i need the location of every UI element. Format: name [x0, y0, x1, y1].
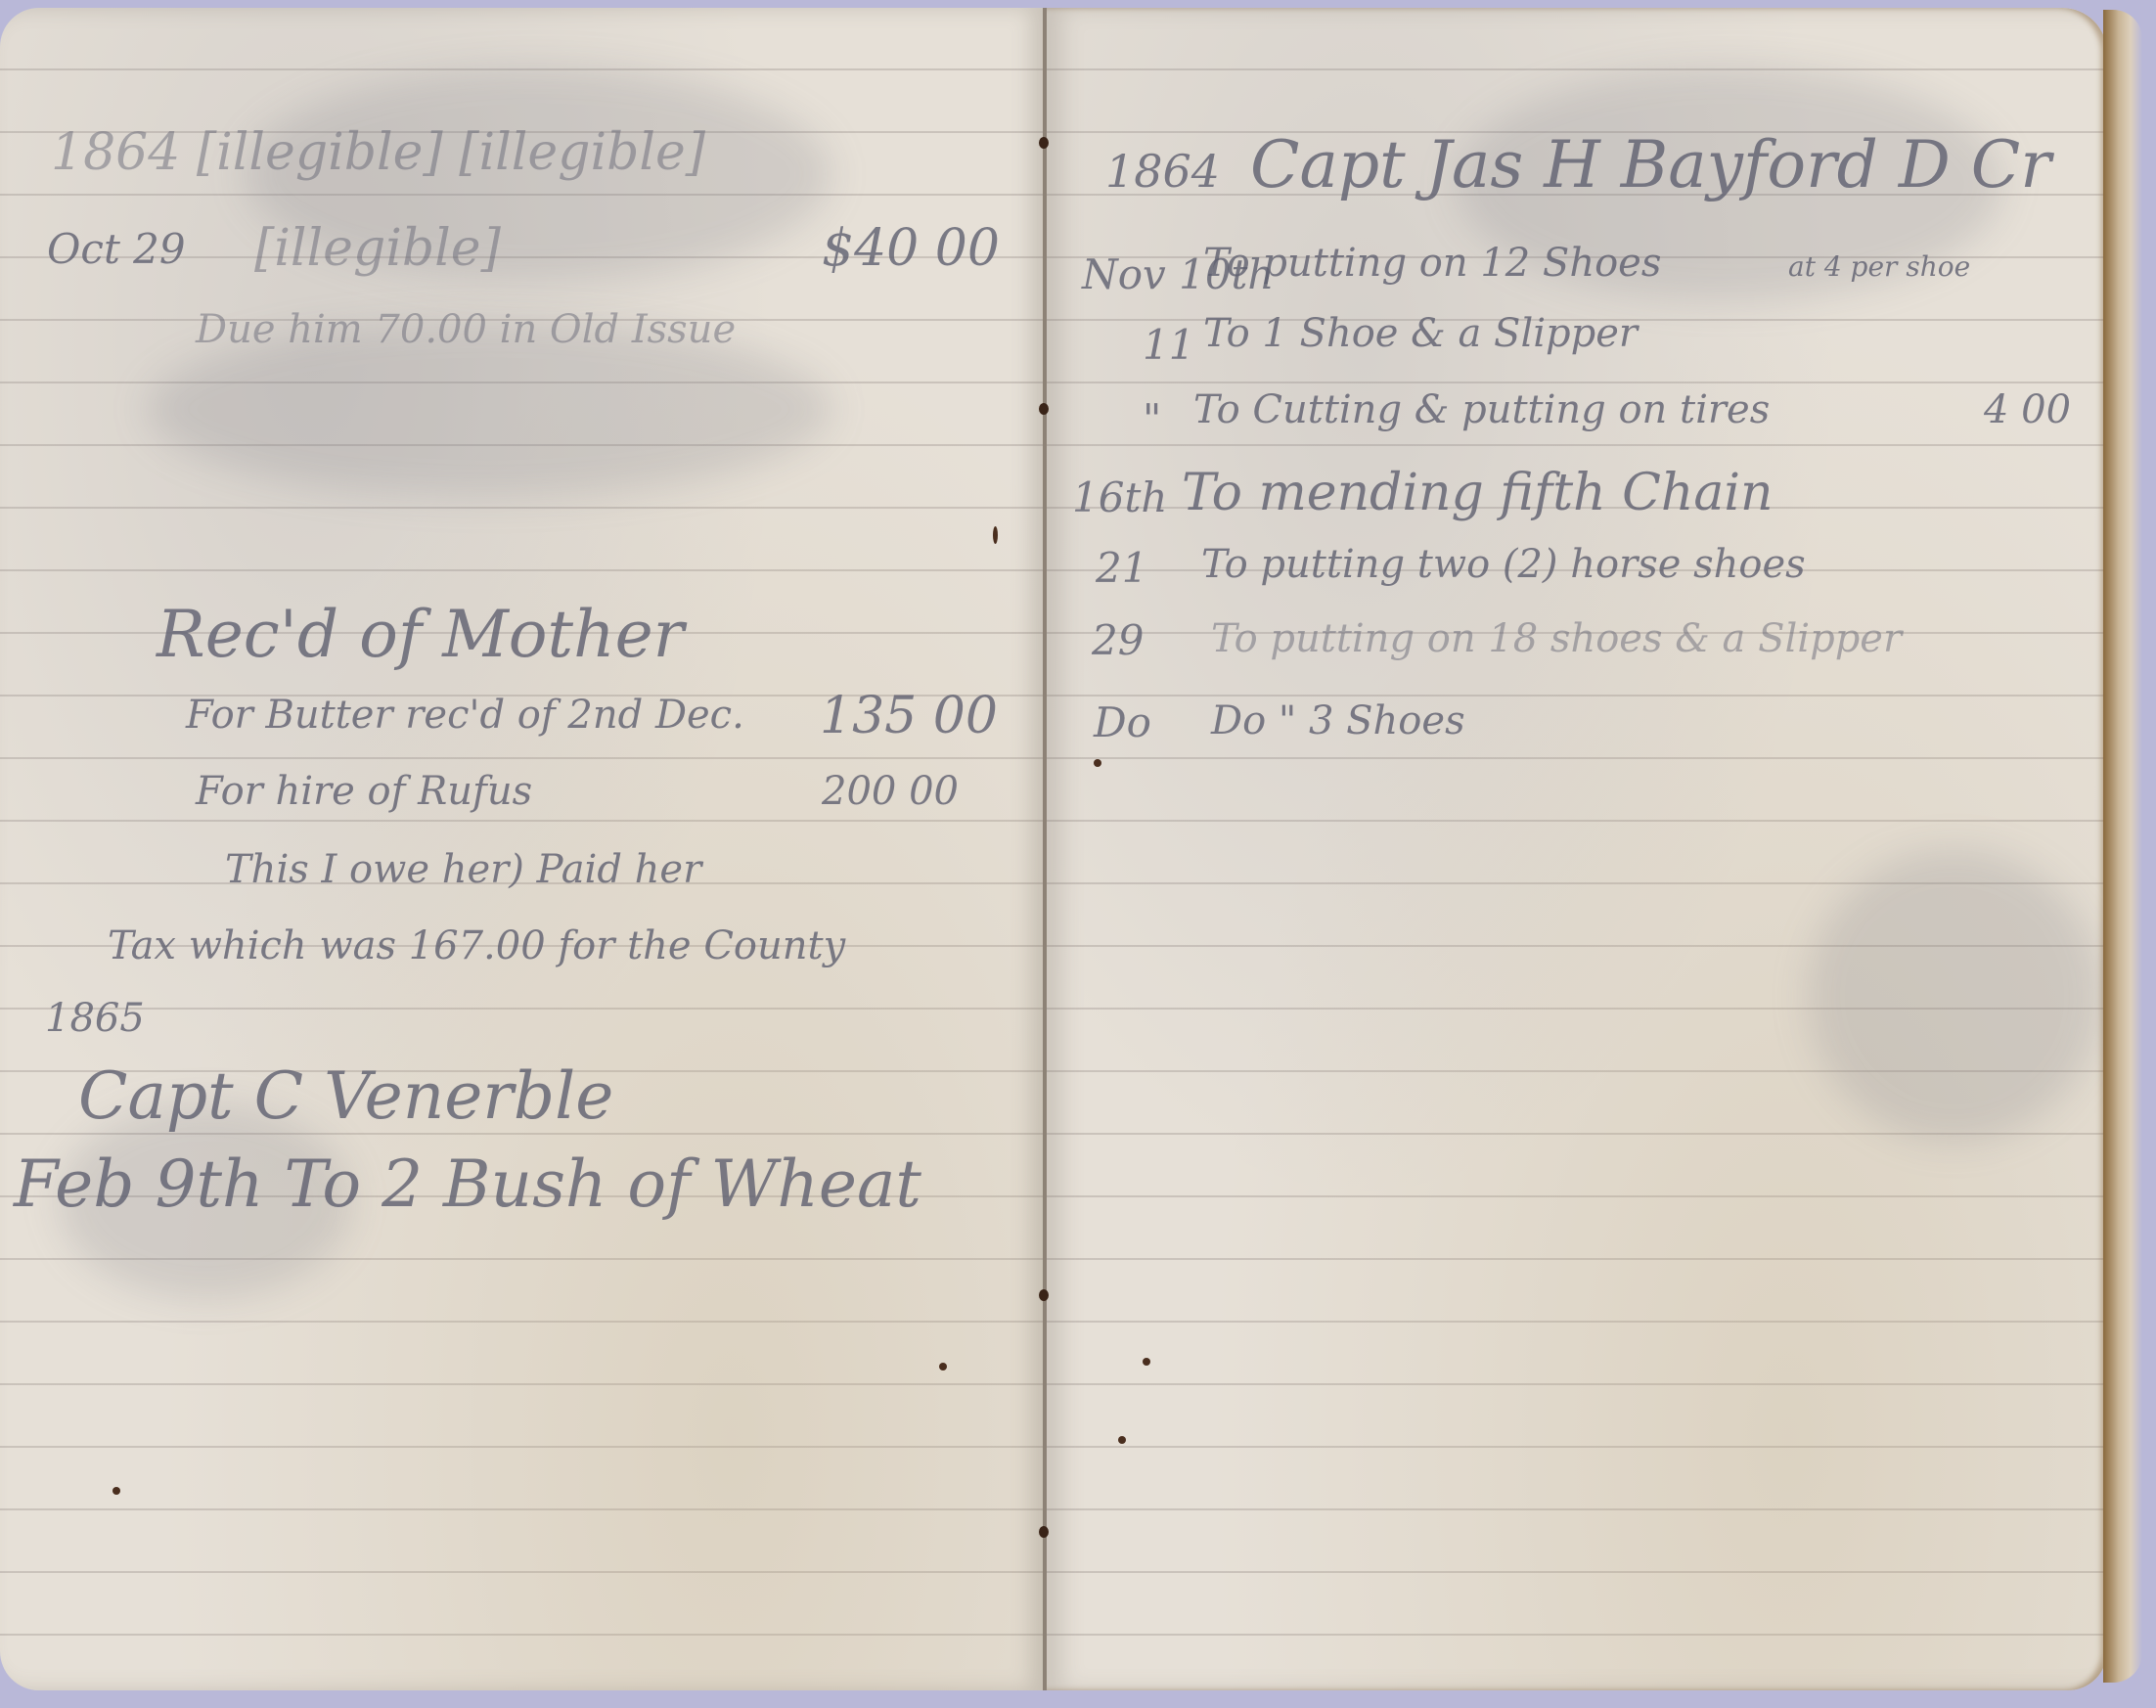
entry-date: 21 [1096, 544, 1147, 592]
notebook-spread: 1864 [illegible] [illegible] Oct 29 [ill… [0, 0, 2156, 1708]
left-entry1-text: [illegible] [254, 219, 501, 278]
received-line4: Tax which was 167.00 for the County [108, 923, 845, 968]
entry-amount: 4 00 [1984, 387, 2071, 432]
entry-date: 29 [1092, 616, 1144, 664]
left-page: 1864 [illegible] [illegible] Oct 29 [ill… [0, 8, 1045, 1690]
entry-date: " [1143, 395, 1161, 443]
received-line1-amount: 135 00 [820, 687, 998, 745]
entry-text: To 1 Shoe & a Slipper [1203, 311, 1638, 356]
received-line2-amount: 200 00 [822, 769, 959, 814]
right-header-year: 1864 [1105, 145, 1220, 198]
received-line2-text: For hire of Rufus [196, 769, 532, 814]
right-page: 1864 Capt Jas H Bayford D Cr Nov 10th To… [1045, 8, 2107, 1690]
left-entry1-date: Oct 29 [47, 225, 186, 273]
entry-text: To putting on 18 shoes & a Slipper [1211, 616, 1902, 661]
received-title: Rec'd of Mother [157, 597, 684, 672]
left-header: 1864 [illegible] [illegible] [51, 123, 705, 182]
left-capt-name: Capt C Venerble [78, 1058, 613, 1134]
stitch-hole [1039, 1289, 1049, 1301]
stitch-hole [1039, 137, 1049, 149]
received-line1-text: For Butter rec'd of 2nd Dec. [186, 693, 744, 738]
entry-text: To Cutting & putting on tires [1193, 387, 1770, 432]
stitch-hole [1039, 403, 1049, 415]
entry-text: To putting two (2) horse shoes [1201, 542, 1806, 587]
entry-date: 11 [1143, 321, 1194, 369]
left-entry1-amount: $40 00 [822, 219, 1000, 278]
right-header-name: Capt Jas H Bayford D Cr [1250, 127, 2051, 202]
left-year: 1865 [45, 996, 145, 1041]
entry-date: Do [1094, 698, 1151, 746]
left-entry2: Due him 70.00 in Old Issue [196, 307, 736, 352]
entry-text: To mending fifth Chain [1182, 464, 1774, 522]
entry-text: Do " 3 Shoes [1211, 698, 1465, 743]
left-feb-entry: Feb 9th To 2 Bush of Wheat [14, 1146, 921, 1222]
received-line3: This I owe her) Paid her [225, 847, 701, 892]
stitch-hole [1039, 1526, 1049, 1538]
page-edges [2103, 10, 2142, 1683]
entry-date: 16th [1072, 473, 1167, 521]
book-gutter [1043, 8, 1047, 1690]
entry-text: To putting on 12 Shoes [1203, 241, 1661, 286]
entry-note: at 4 per shoe [1788, 250, 1970, 283]
